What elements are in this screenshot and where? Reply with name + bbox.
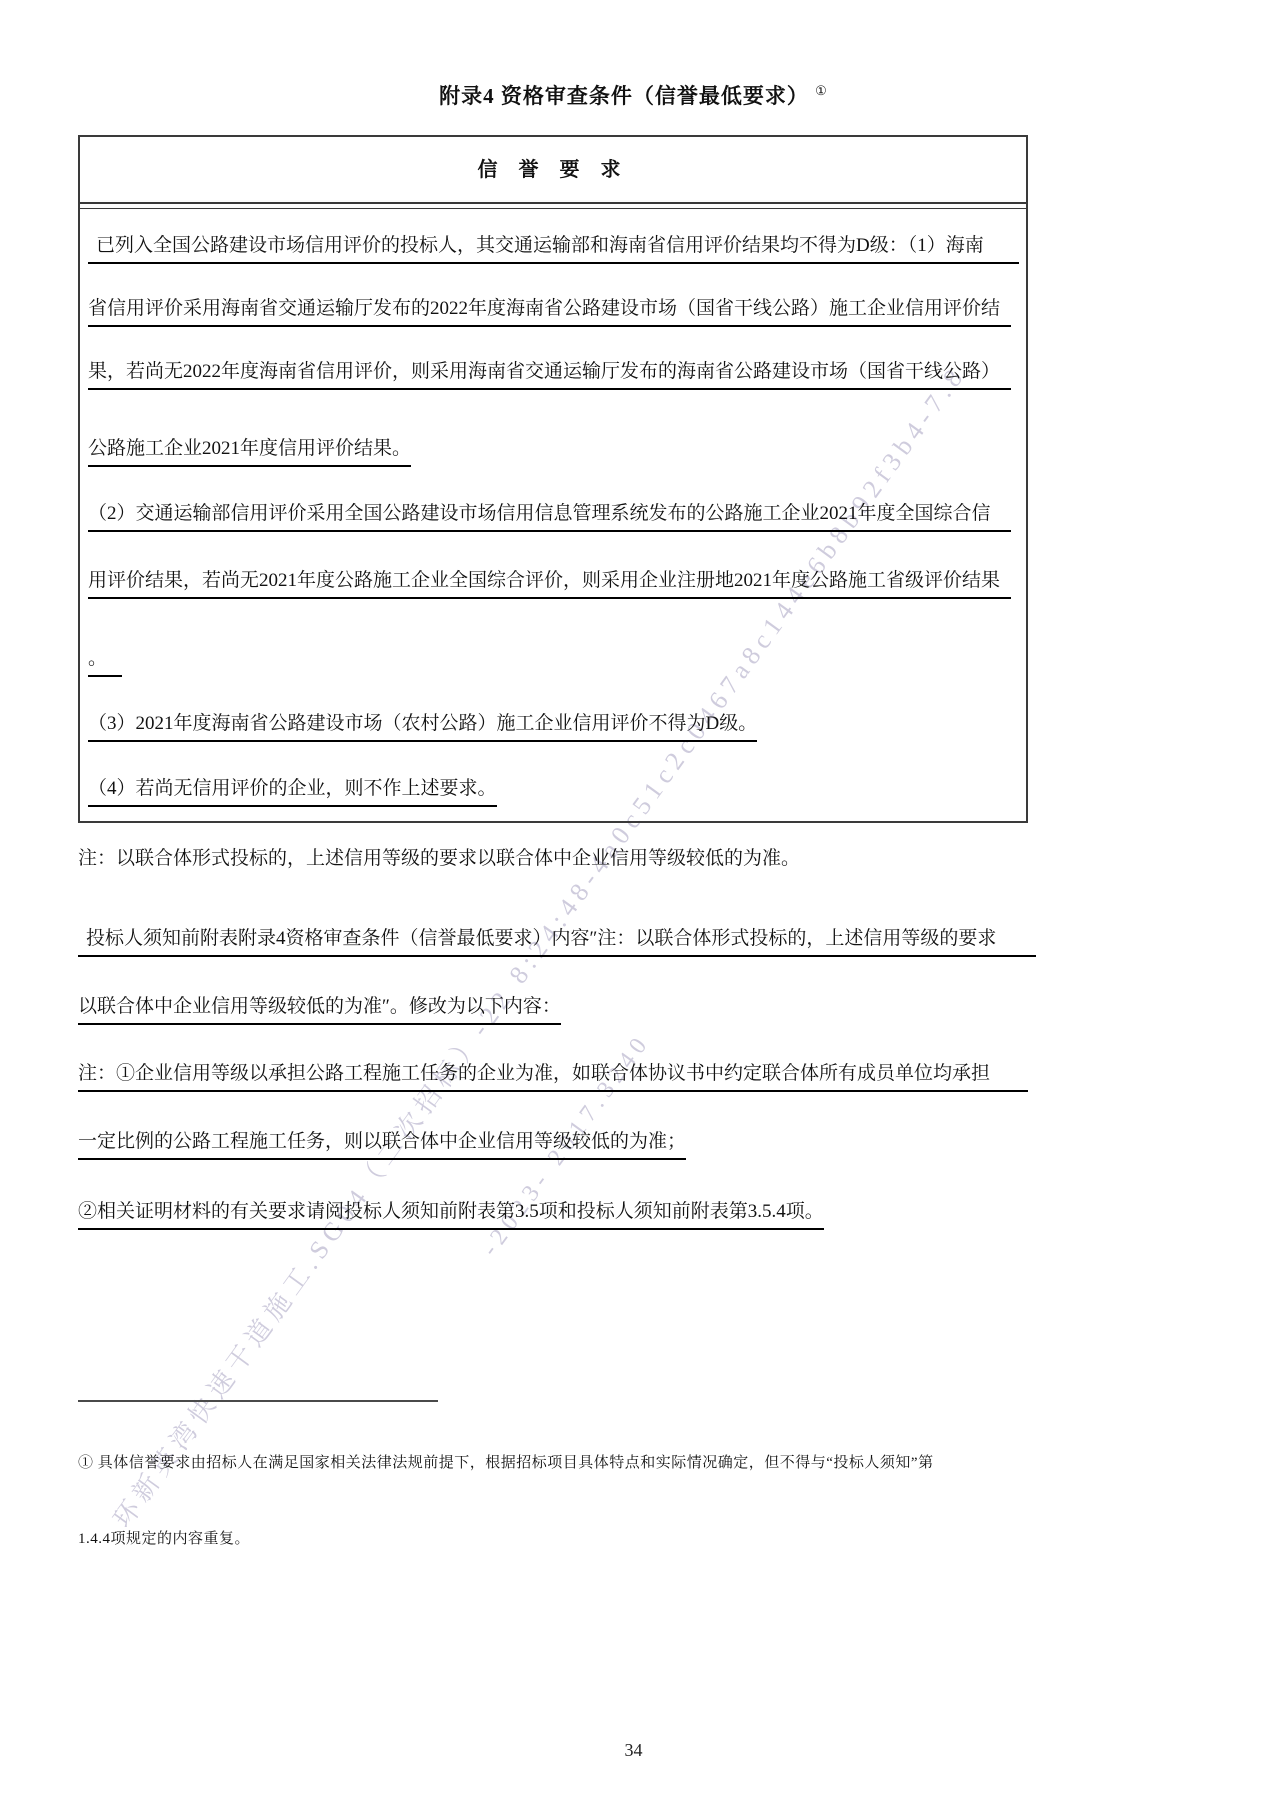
page-title-text: 附录4 资格审查条件（信誉最低要求） (439, 84, 809, 108)
note-line: 一定比例的公路工程施工任务，则以联合体中企业信用等级较低的为准； (78, 1129, 686, 1160)
table-row: （3）2021年度海南省公路建设市场（农村公路）施工企业信用评价不得为D级。 (88, 711, 757, 742)
header-separator-thin (80, 208, 1026, 209)
footnote-line: ① 具体信誉要求由招标人在满足国家相关法律法规前提下，根据招标项目具体特点和实际… (78, 1452, 934, 1474)
table-row: 已列入全国公路建设市场信用评价的投标人，其交通运输部和海南省信用评价结果均不得为… (88, 233, 1019, 264)
note-line: ②相关证明材料的有关要求请阅投标人须知前附表第3.5项和投标人须知前附表第3.5… (78, 1199, 824, 1230)
table-row: 用评价结果，若尚无2021年度公路施工企业全国综合评价，则采用企业注册地2021… (88, 568, 1011, 599)
table-row: 公路施工企业2021年度信用评价结果。 (88, 436, 411, 467)
document-page: 环新英湾快速干道施工.SG04（二次招标）-22 8:24:48-4a0c51c… (0, 0, 1267, 1793)
footnote-separator (78, 1400, 438, 1402)
footnote-ref-superscript: ① (815, 83, 828, 98)
note-line: 注：以联合体形式投标的，上述信用等级的要求以联合体中企业信用等级较低的为准。 (78, 846, 800, 872)
page-number: 34 (0, 1740, 1267, 1761)
table-row: （4）若尚无信用评价的企业，则不作上述要求。 (88, 776, 497, 807)
footnote-line: 1.4.4项规定的内容重复。 (78, 1528, 250, 1550)
table-row: 果，若尚无2022年度海南省信用评价，则采用海南省交通运输厅发布的海南省公路建设… (88, 359, 1011, 390)
note-line: 以联合体中企业信用等级较低的为准″。修改为以下内容： (78, 994, 561, 1025)
table-row: （2）交通运输部信用评价采用全国公路建设市场信用信息管理系统发布的公路施工企业2… (88, 501, 1011, 532)
table-row: 。 (88, 646, 122, 677)
document-content: 附录4 资格审查条件（信誉最低要求） ① 信 誉 要 求 已列入全国公路建设市场… (0, 0, 1267, 1793)
header-separator-thick (80, 202, 1026, 204)
table-row: 省信用评价采用海南省交通运输厅发布的2022年度海南省公路建设市场（国省干线公路… (88, 296, 1011, 327)
note-line: 投标人须知前附表附录4资格审查条件（信誉最低要求）内容″注：以联合体形式投标的，… (78, 926, 1036, 957)
table-header: 信 誉 要 求 (80, 153, 1026, 182)
note-line: 注：①企业信用等级以承担公路工程施工任务的企业为准，如联合体协议书中约定联合体所… (78, 1061, 1028, 1092)
page-title: 附录4 资格审查条件（信誉最低要求） ① (0, 80, 1267, 110)
